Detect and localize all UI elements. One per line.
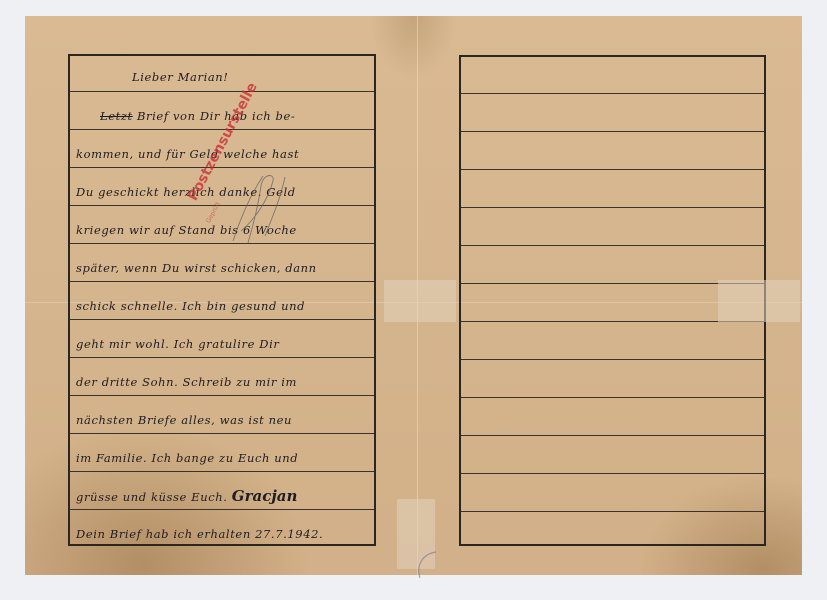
letter-line: nächsten Briefe alles, was ist neu xyxy=(76,413,370,427)
signature: Gracjan xyxy=(232,487,298,505)
rule-line xyxy=(70,433,374,434)
rule-line xyxy=(70,319,374,320)
tape-strip xyxy=(718,280,800,322)
rule-line xyxy=(461,131,764,132)
rule-line xyxy=(461,245,764,246)
faint-postmark xyxy=(408,546,444,582)
rule-line xyxy=(70,91,374,92)
letter-line: geht mir wohl. Ich gratulire Dir xyxy=(76,337,370,351)
rule-line xyxy=(461,359,764,360)
tape-strip xyxy=(384,280,456,322)
rule-line xyxy=(70,357,374,358)
pencil-initials-mark xyxy=(223,171,293,251)
rule-line xyxy=(70,395,374,396)
postscript-line: Dein Brief hab ich erhalten 27.7.1942. xyxy=(76,527,370,541)
rule-line xyxy=(461,93,764,94)
rule-line xyxy=(70,281,374,282)
rule-line xyxy=(461,511,764,512)
rule-line xyxy=(461,207,764,208)
rule-line xyxy=(461,473,764,474)
rule-line xyxy=(70,471,374,472)
rule-line xyxy=(461,169,764,170)
letter-line: im Familie. Ich bange zu Euch und xyxy=(76,451,370,465)
letter-line: der dritte Sohn. Schreib zu mir im xyxy=(76,375,370,389)
rule-line xyxy=(70,509,374,510)
rule-line xyxy=(461,435,764,436)
letter-line: später, wenn Du wirst schicken, dann xyxy=(76,261,370,275)
rule-line xyxy=(70,243,374,244)
letter-sheet: Lieber Marian! Letzt Brief von Dir hab i… xyxy=(25,16,802,575)
letter-line: schick schnelle. Ich bin gesund und xyxy=(76,299,370,313)
rule-line xyxy=(70,205,374,206)
rule-line xyxy=(461,397,764,398)
letter-line: grüsse und küsse Euch. Gracjan xyxy=(76,487,370,505)
rule-line xyxy=(70,167,374,168)
